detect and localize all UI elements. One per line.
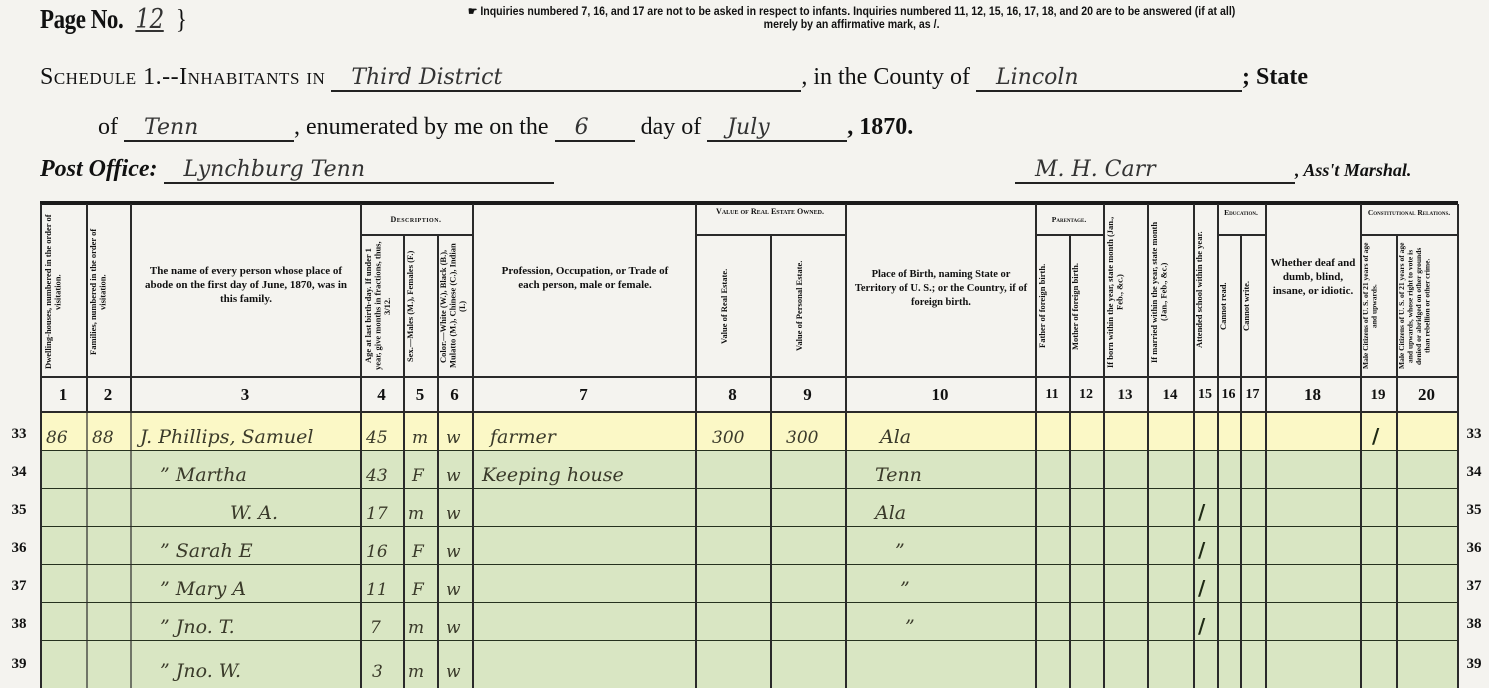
person-sex: m — [412, 428, 428, 448]
header-education-group: Education. — [1218, 208, 1264, 217]
person-sex: F — [412, 466, 424, 486]
marshal-signature: M. H. Carr — [1015, 158, 1295, 184]
of-label: of — [98, 114, 118, 140]
school-mark: / — [1198, 538, 1205, 562]
county-label: , in the County of — [801, 64, 970, 90]
colnum-7: 7 — [472, 378, 695, 412]
header-deaf-blind: Whether deaf and dumb, blind, insane, or… — [1268, 256, 1358, 298]
table-row[interactable] — [40, 565, 1458, 603]
header-cannot-read: Cannot read. — [1219, 240, 1239, 372]
table-top-rule — [40, 201, 1458, 205]
table-row[interactable] — [40, 641, 1458, 688]
enumerated-label: , enumerated by me on the — [294, 114, 549, 140]
person-color: w — [446, 504, 461, 524]
header-family: Families, numbered in the order of visit… — [89, 212, 127, 372]
person-name: ” Jno. T. — [160, 616, 235, 638]
line-number-right: 33 — [1459, 426, 1489, 443]
line-number-left: 37 — [4, 578, 34, 595]
county-field: Lincoln — [976, 66, 1242, 92]
table-row[interactable] — [40, 451, 1458, 489]
header-mother-foreign: Mother of foreign birth. — [1071, 240, 1101, 372]
colnum-16: 16 — [1217, 378, 1240, 412]
pointing-hand-icon: ☛ — [468, 6, 480, 18]
birthplace-ditto: ” — [895, 540, 905, 562]
person-color: w — [446, 580, 461, 600]
month-field: July — [707, 116, 847, 142]
person-age: 17 — [366, 504, 388, 524]
birthplace-ditto: ” — [900, 578, 910, 600]
colnum-20: 20 — [1396, 378, 1457, 412]
family-number: 88 — [92, 428, 114, 448]
person-sex: m — [408, 662, 424, 682]
marshal-label: , Ass't Marshal. — [1295, 160, 1411, 180]
header-age: Age at last birth-day. If under 1 year, … — [364, 240, 401, 372]
person-age: 3 — [372, 662, 383, 682]
page-number: 12 — [129, 4, 171, 35]
person-age: 43 — [366, 466, 388, 486]
person-name: ” Martha — [160, 464, 247, 486]
header-male-citizens: Male Citizens of U. S. of 21 years of ag… — [1362, 240, 1395, 372]
state-label: ; State — [1242, 64, 1308, 90]
header-value-group: Value of Real Estate Owned. — [697, 207, 843, 216]
colnum-19: 19 — [1360, 378, 1396, 412]
year-label: , 1870. — [847, 114, 913, 140]
colnum-11: 11 — [1035, 378, 1069, 412]
line-number-left: 36 — [4, 540, 34, 557]
citizen-mark: / — [1372, 424, 1379, 448]
header-married-within-year: If married within the year, state month … — [1150, 212, 1191, 372]
header-sex: Sex.—Males (M.), Females (F.) — [406, 240, 435, 372]
header-name: The name of every person whose place of … — [140, 264, 352, 306]
header-personal-estate: Value of Personal Estate. — [795, 240, 825, 372]
colnum-5: 5 — [403, 378, 437, 412]
person-color: w — [446, 662, 461, 682]
birthplace: Tenn — [875, 464, 922, 486]
district-field: Third District — [331, 66, 801, 92]
line-number-right: 34 — [1459, 464, 1489, 481]
person-sex: m — [408, 618, 424, 638]
notice-line-2: merely by an affirmative mark, as /. — [318, 19, 1385, 32]
header-occupation: Profession, Occupation, or Trade of each… — [490, 264, 680, 292]
person-name: ” Sarah E — [160, 540, 253, 562]
person-sex: F — [412, 542, 424, 562]
post-office-label: Post Office: — [40, 156, 158, 182]
table-row[interactable] — [40, 603, 1458, 641]
header-vote-denied: Male Citizens of U. S. of 21 years of ag… — [1398, 240, 1456, 372]
school-mark: / — [1198, 576, 1205, 600]
line-number-right: 39 — [1459, 656, 1489, 673]
line-number-left: 34 — [4, 464, 34, 481]
header-cannot-write: Cannot write. — [1242, 240, 1264, 372]
person-color: w — [446, 542, 461, 562]
header-color: Color.—White (W.), Black (B.), Mulatto (… — [439, 240, 471, 372]
line-number-right: 35 — [1459, 502, 1489, 519]
brace-glyph: } — [176, 4, 187, 34]
line-number-left: 33 — [4, 426, 34, 443]
enumeration-line: of Tenn, enumerated by me on the 6 day o… — [98, 114, 913, 142]
colnum-6: 6 — [437, 378, 472, 412]
page-number-label: Page No. 12 } — [40, 4, 186, 35]
colnum-14: 14 — [1147, 378, 1193, 412]
person-name: J. Phillips, Samuel — [140, 426, 313, 448]
person-age: 11 — [366, 580, 388, 600]
colnum-13: 13 — [1103, 378, 1147, 412]
header-born-within-year: If born within the year, state month (Ja… — [1106, 212, 1145, 372]
instructions-notice: ☛ Inquiries numbered 7, 16, and 17 are n… — [318, 6, 1385, 32]
header-description-group: Description. — [362, 214, 470, 225]
person-color: w — [446, 466, 461, 486]
page-label: Page No. — [40, 4, 123, 34]
line-number-right: 37 — [1459, 578, 1489, 595]
colnum-3: 3 — [130, 378, 360, 412]
person-occupation: Keeping house — [482, 464, 624, 486]
colnum-4: 4 — [360, 378, 403, 412]
header-constitutional-group: Constitutional Relations. — [1362, 208, 1456, 217]
post-office-field: Lynchburg Tenn — [164, 158, 554, 184]
colnum-10: 10 — [845, 378, 1035, 412]
colnum-12: 12 — [1069, 378, 1103, 412]
personal-estate-value: 300 — [786, 428, 818, 448]
person-color: w — [446, 428, 461, 448]
header-father-foreign: Father of foreign birth. — [1038, 240, 1068, 372]
line-number-right: 36 — [1459, 540, 1489, 557]
person-sex: F — [412, 580, 424, 600]
school-mark: / — [1198, 500, 1205, 524]
colnum-9: 9 — [770, 378, 845, 412]
header-parentage-group: Parentage. — [1037, 214, 1101, 225]
state-field: Tenn — [124, 116, 294, 142]
person-age: 16 — [366, 542, 388, 562]
dwelling-number: 86 — [46, 428, 68, 448]
person-occupation: farmer — [490, 426, 556, 448]
birthplace-ditto: ” — [905, 616, 915, 638]
colnum-2: 2 — [86, 378, 130, 412]
post-office-line: Post Office: Lynchburg Tenn — [40, 156, 554, 184]
colnum-17: 17 — [1240, 378, 1265, 412]
person-age: 45 — [366, 428, 388, 448]
day-of-label: day of — [641, 114, 702, 140]
colnum-18: 18 — [1265, 378, 1360, 412]
header-birthplace: Place of Birth, naming State or Territor… — [850, 268, 1032, 310]
real-estate-value: 300 — [712, 428, 744, 448]
line-number-left: 38 — [4, 616, 34, 633]
person-name: ” Jno. W. — [160, 660, 241, 682]
colnum-8: 8 — [695, 378, 770, 412]
person-color: w — [446, 618, 461, 638]
header-attended-school: Attended school within the year. — [1195, 208, 1215, 372]
header-dwelling: Dwelling-houses, numbered in the order o… — [44, 212, 84, 372]
person-sex: m — [408, 504, 424, 524]
birthplace: Ala — [875, 502, 906, 524]
notice-line-1: Inquiries numbered 7, 16, and 17 are not… — [480, 6, 1235, 18]
birthplace: Ala — [880, 426, 911, 448]
schedule-label: Schedule 1.--Inhabitants in — [40, 64, 325, 90]
school-mark: / — [1198, 614, 1205, 638]
schedule-line: Schedule 1.--Inhabitants in Third Distri… — [40, 64, 1308, 92]
colnum-1: 1 — [40, 378, 86, 412]
day-field: 6 — [555, 116, 635, 142]
line-number-right: 38 — [1459, 616, 1489, 633]
colnum-15: 15 — [1193, 378, 1217, 412]
person-name: W. A. — [230, 502, 278, 524]
marshal-line: M. H. Carr, Ass't Marshal. — [1015, 156, 1411, 184]
header-real-estate: Value of Real Estate. — [720, 240, 750, 372]
person-age: 7 — [370, 618, 381, 638]
line-number-left: 39 — [4, 656, 34, 673]
person-name: ” Mary A — [160, 578, 246, 600]
line-number-left: 35 — [4, 502, 34, 519]
